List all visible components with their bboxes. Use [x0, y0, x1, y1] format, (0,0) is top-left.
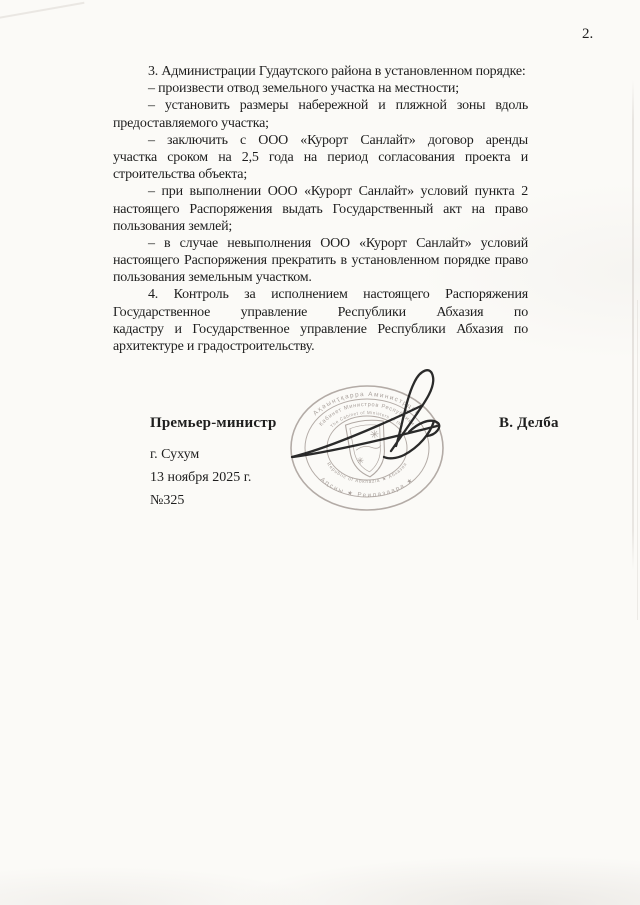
body-line: 3. Администрации Гудаутского района в ус…	[113, 63, 528, 80]
body-line: настоящего Распоряжения прекратить в уст…	[113, 252, 528, 269]
body-line: участка сроком на 2,5 года на период сог…	[113, 149, 528, 166]
document-number: №325	[150, 493, 184, 509]
document-city: г. Сухум	[150, 447, 199, 463]
scan-edge-artifact	[637, 300, 638, 620]
body-line: архитектуре и градостроительству.	[113, 338, 528, 355]
body-line: – установить размеры набережной и пляжно…	[113, 97, 528, 114]
document-date: 13 ноября 2025 г.	[150, 470, 251, 486]
body-line: – при выполнении ООО «Курорт Санлайт» ус…	[113, 183, 528, 200]
body-line: пользования землей;	[113, 218, 528, 235]
signature-stroke	[292, 406, 421, 457]
body-line: настоящего Распоряжения выдать Государст…	[113, 201, 528, 218]
page-number: 2.	[582, 26, 593, 43]
body-line: строительства объекта;	[113, 166, 528, 183]
body-line: – в случае невыполнения ООО «Курорт Санл…	[113, 235, 528, 252]
document-body: 3. Администрации Гудаутского района в ус…	[113, 63, 528, 355]
signer-name: В. Делба	[499, 415, 559, 432]
body-line: предоставляемого участка;	[113, 115, 528, 132]
handwritten-signature	[270, 358, 470, 473]
body-line: кадастру и Государственное управление Ре…	[113, 321, 528, 338]
scan-edge-artifact	[632, 80, 634, 570]
scan-crease-artifact	[0, 2, 84, 20]
body-line: Государственное управление Республики Аб…	[113, 304, 528, 321]
body-line: 4. Контроль за исполнением настоящего Ра…	[113, 286, 528, 303]
signer-title: Премьер-министр	[150, 415, 277, 432]
body-line: пользования земельным участком.	[113, 269, 528, 286]
body-line: – заключить с ООО «Курорт Санлайт» догов…	[113, 132, 528, 149]
body-line: – произвести отвод земельного участка на…	[113, 80, 528, 97]
scanned-document-page: { "page": { "number": "2.", "background"…	[0, 0, 640, 905]
